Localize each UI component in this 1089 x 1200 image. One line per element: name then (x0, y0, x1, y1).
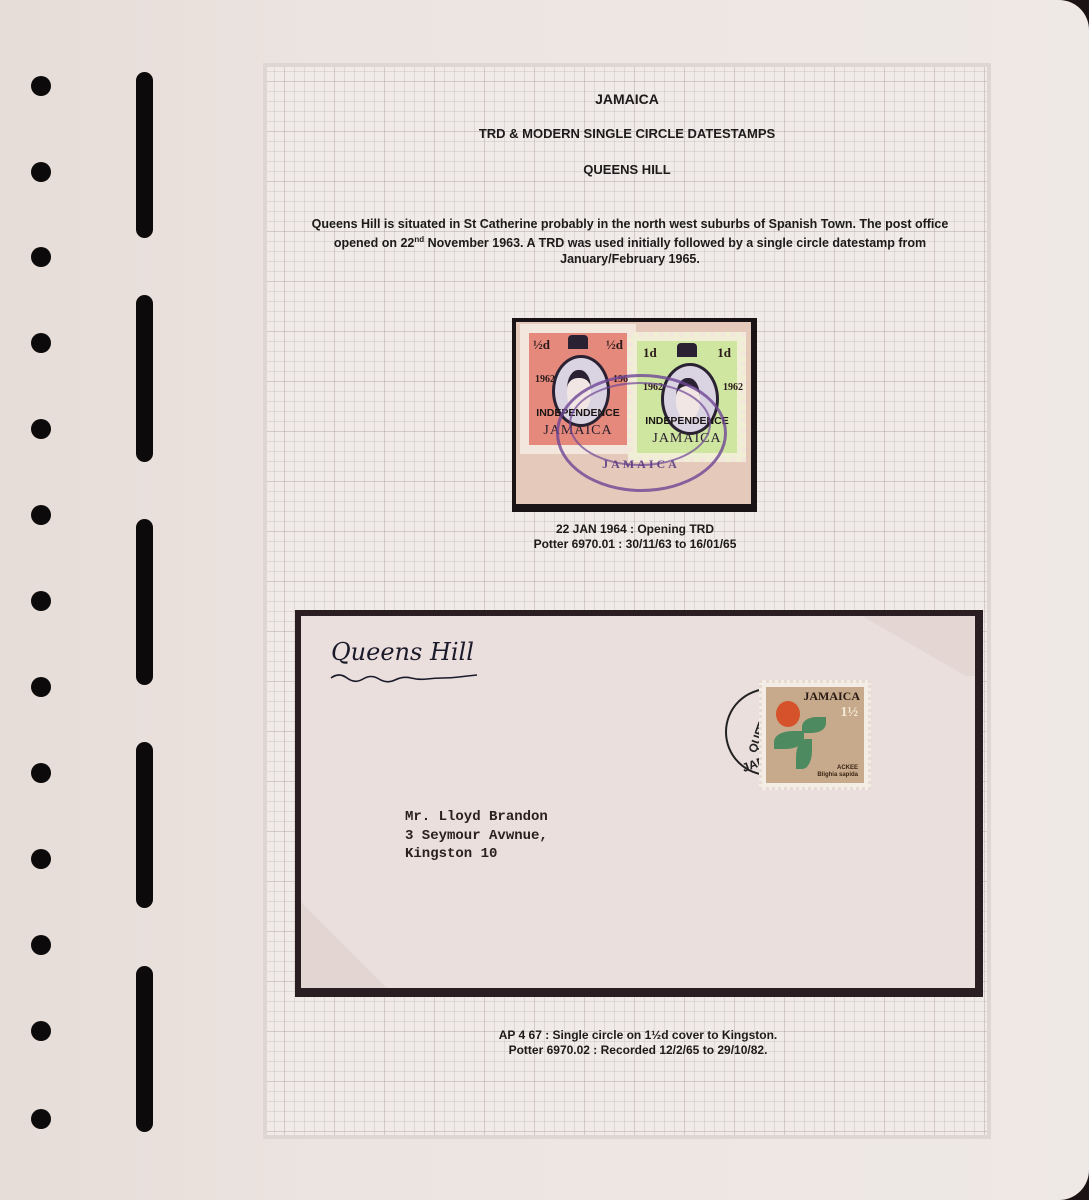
binder-hole (31, 849, 51, 869)
underline-squiggle (329, 672, 479, 686)
cover-mount: Queens Hill QUEENS HILL AP 4 67 JAMAICA … (295, 610, 983, 997)
intro-paragraph: Queens Hill is situated in St Catherine … (310, 216, 950, 267)
binder-hole (31, 1021, 51, 1041)
binder-hole (31, 591, 51, 611)
page-corner (1059, 0, 1089, 30)
binder-hole (31, 162, 51, 182)
binder-hole (31, 333, 51, 353)
crown-icon (677, 343, 697, 357)
ackee-stamp: JAMAICA 1½ ACKEEBlighia sapida (759, 680, 871, 790)
page-corner (1059, 1170, 1089, 1200)
binder-slot (136, 966, 153, 1132)
manuscript-annotation: Queens Hill (331, 638, 474, 666)
address-block: Mr. Lloyd Brandon3 Seymour Avwnue,Kingst… (405, 808, 548, 864)
binder-hole (31, 76, 51, 96)
postmark-text: JAMAICA (596, 457, 686, 472)
stamp-piece-mount: ½d ½d 1962 1962 INDEPENDENCE JAMAICA 1d … (512, 318, 757, 512)
ackee-fruit (776, 701, 800, 727)
leaf (796, 739, 812, 769)
binder-hole (31, 677, 51, 697)
cover-caption: AP 4 67 : Single circle on 1½d cover to … (438, 1028, 838, 1058)
binder-hole (31, 505, 51, 525)
binder-hole (31, 935, 51, 955)
page-title: JAMAICA (263, 91, 991, 107)
binder-slot (136, 742, 153, 908)
leaf (802, 717, 826, 733)
binder-hole (31, 247, 51, 267)
binder-hole (31, 763, 51, 783)
binder-hole (31, 419, 51, 439)
piece-caption: 22 JAN 1964 : Opening TRD Potter 6970.01… (435, 522, 835, 552)
binder-slot (136, 519, 153, 685)
envelope-crease (301, 902, 387, 988)
stamp-piece: ½d ½d 1962 1962 INDEPENDENCE JAMAICA 1d … (516, 322, 751, 504)
binder-slot (136, 72, 153, 238)
page-subtitle: TRD & MODERN SINGLE CIRCLE DATESTAMPS (263, 126, 991, 141)
trd-postmark-inner (569, 382, 711, 466)
envelope-crease (855, 616, 975, 676)
section-heading: QUEENS HILL (263, 162, 991, 177)
binder-slot (136, 295, 153, 462)
envelope: Queens Hill QUEENS HILL AP 4 67 JAMAICA … (301, 616, 975, 988)
album-page: JAMAICA TRD & MODERN SINGLE CIRCLE DATES… (0, 0, 1089, 1200)
binder-hole (31, 1109, 51, 1129)
crown-icon (568, 335, 588, 349)
